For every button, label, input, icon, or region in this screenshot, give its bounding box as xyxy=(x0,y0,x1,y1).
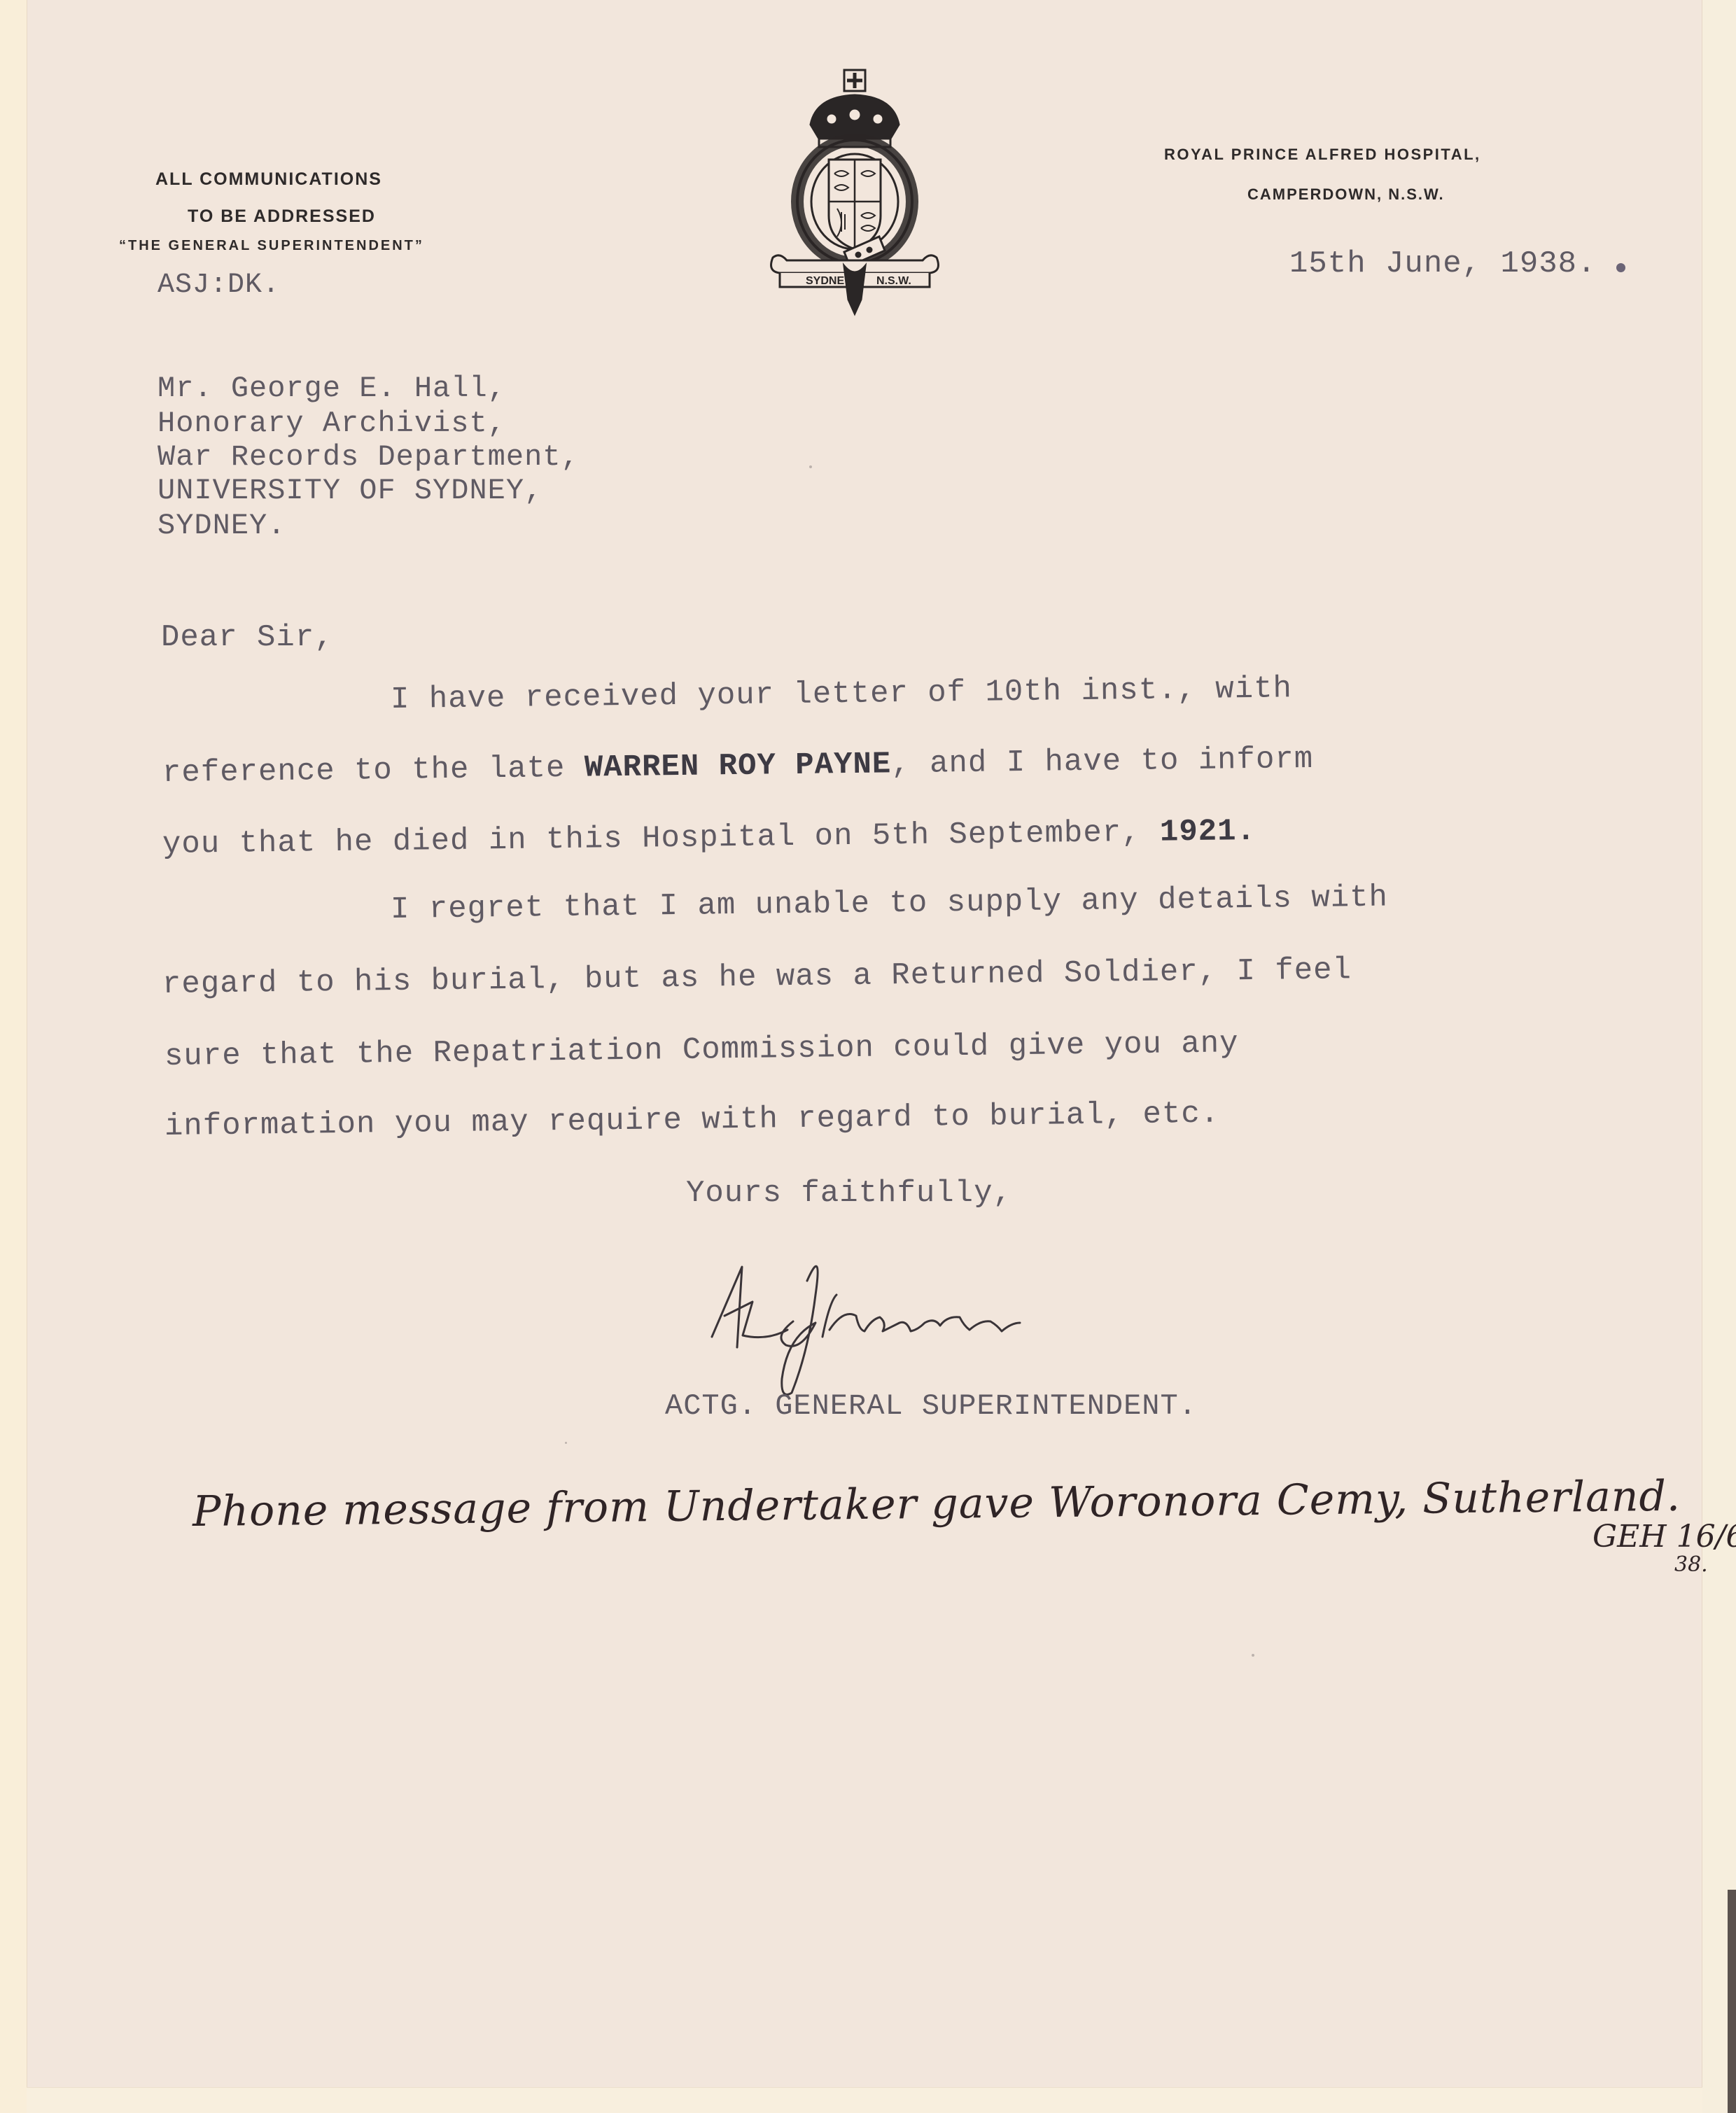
body-line: information you may require with regard … xyxy=(164,1097,1220,1144)
closing: Yours faithfully, xyxy=(686,1176,1012,1211)
paper-speck xyxy=(1252,1654,1254,1657)
body-text: you that he died in this Hospital on 5th… xyxy=(162,815,1161,862)
recipient-line: SYDNEY. xyxy=(157,508,286,543)
letterhead-left-line-2: TO BE ADDRESSED xyxy=(188,206,376,227)
recipient-line: Mr. George E. Hall, xyxy=(157,371,506,406)
recipient-line: UNIVERSITY OF SYDNEY, xyxy=(157,473,542,508)
body-line: reference to the late WARREN ROY PAYNE, … xyxy=(162,742,1314,791)
paper-speck xyxy=(565,1442,567,1444)
body-line: regard to his burial, but as he was a Re… xyxy=(162,953,1352,1002)
reference-code: ASJ:DK. xyxy=(157,269,280,301)
body-line: I have received your letter of 10th inst… xyxy=(391,671,1293,717)
body-text: reference to the late xyxy=(162,751,584,791)
letterhead-hospital-name: ROYAL PRINCE ALFRED HOSPITAL, xyxy=(1164,146,1481,164)
deceased-name: WARREN ROY PAYNE xyxy=(584,747,892,785)
paper-speck xyxy=(809,465,812,468)
recipient-line: Honorary Archivist, xyxy=(157,406,506,441)
letterhead-left-line-3: “THE GENERAL SUPERINTENDENT” xyxy=(119,238,424,254)
svg-text:SYDNEY: SYDNEY xyxy=(806,275,852,287)
royal-crest-icon: SYDNEY N.S.W. xyxy=(767,69,942,317)
body-line: you that he died in this Hospital on 5th… xyxy=(162,814,1256,862)
ink-dot xyxy=(1616,263,1625,272)
death-year: 1921. xyxy=(1160,814,1256,850)
page-right-edge xyxy=(1702,0,1736,2113)
body-line: I regret that I am unable to supply any … xyxy=(391,880,1389,927)
scan-background xyxy=(1728,1890,1736,2113)
body-line: sure that the Repatriation Commission co… xyxy=(164,1026,1239,1074)
letterhead-hospital-location: CAMPERDOWN, N.S.W. xyxy=(1247,185,1445,204)
letter-date: 15th June, 1938. xyxy=(1289,246,1596,281)
svg-text:N.S.W.: N.S.W. xyxy=(876,275,911,287)
handwritten-year-mark: 38. xyxy=(1674,1552,1708,1577)
handwritten-note: Phone message from Undertaker gave Woron… xyxy=(192,1472,1681,1536)
body-text: , and I have to inform xyxy=(891,742,1313,782)
signatory-title: ACTG. GENERAL SUPERINTENDENT. xyxy=(665,1389,1197,1423)
page-left-edge xyxy=(0,0,27,2113)
recipient-line: War Records Department, xyxy=(157,440,580,475)
handwritten-initials: GEH 16/6 xyxy=(1592,1519,1736,1554)
letter-page: ALL COMMUNICATIONS TO BE ADDRESSED “THE … xyxy=(0,0,1736,2113)
letterhead-left-line-1: ALL COMMUNICATIONS xyxy=(155,169,382,190)
salutation: Dear Sir, xyxy=(161,620,334,655)
page-bottom-edge xyxy=(27,2087,1702,2113)
handwritten-signature-icon xyxy=(703,1253,1186,1400)
